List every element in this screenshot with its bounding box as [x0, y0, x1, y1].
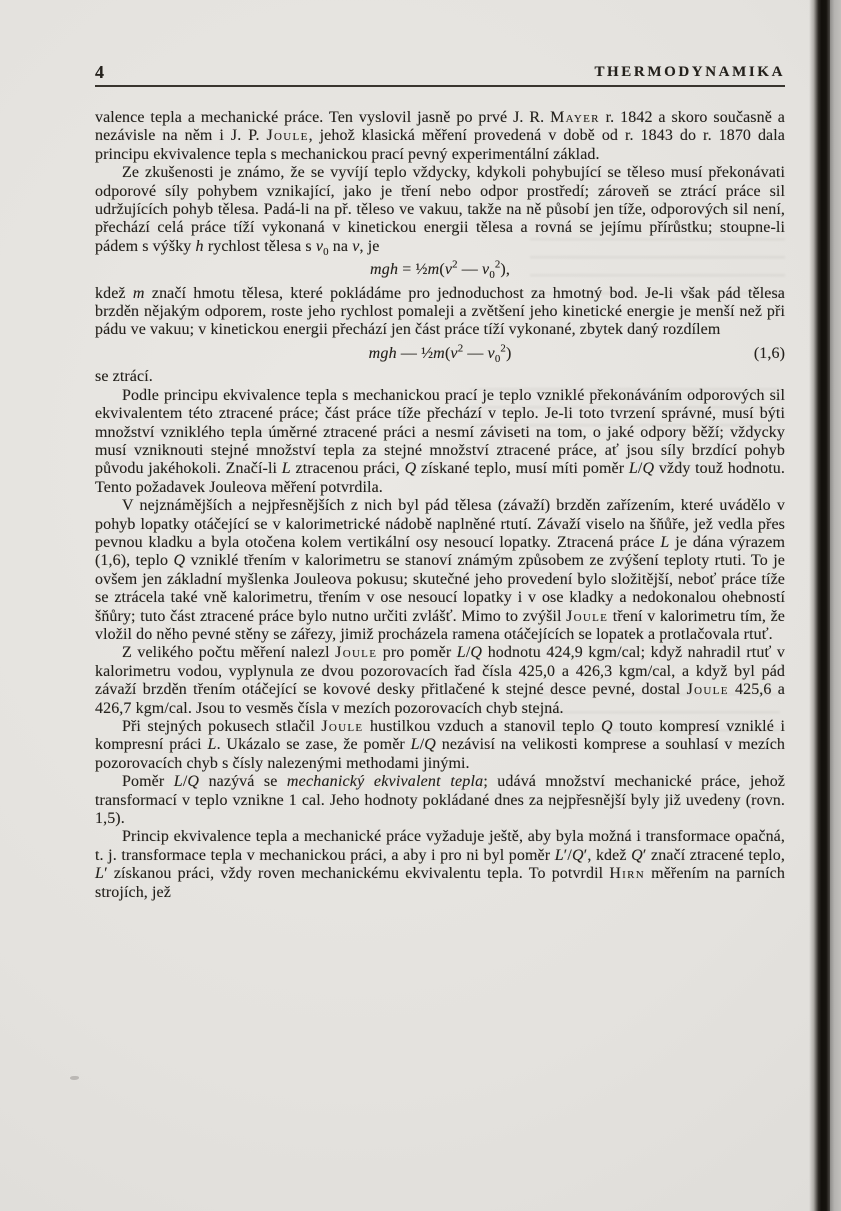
paragraph: kdež m značí hmotu tělesa, které pokládá…	[95, 285, 785, 340]
text-block: 4 THERMODYNAMIKA valence tepla a mechani…	[95, 62, 785, 902]
running-title: THERMODYNAMIKA	[594, 62, 785, 82]
paragraph: Ze zkušenosti je známo, že se vyvíjí tep…	[95, 164, 785, 256]
equation: mgh — ½m(v2 — v02)(1,6)	[95, 345, 785, 363]
equation-number: (1,6)	[754, 345, 785, 363]
equation-expression: mgh = ½m(v2 — v02),	[370, 261, 510, 278]
paragraph: valence tepla a mechanické práce. Ten vy…	[95, 109, 785, 164]
book-page-scan: 4 THERMODYNAMIKA valence tepla a mechani…	[0, 0, 841, 1211]
page-number: 4	[95, 62, 104, 82]
page-header: 4 THERMODYNAMIKA	[95, 62, 785, 82]
paragraph: Poměr L/Q nazývá se mechanický ekvivalen…	[95, 773, 785, 828]
scanner-background-strip	[830, 0, 841, 1211]
paragraph: Podle principu ekvivalence tepla s mecha…	[95, 387, 785, 497]
paragraph: Při stejných pokusech stlačil Joule hust…	[95, 718, 785, 773]
paragraph: Princip ekvivalence tepla a mechanické p…	[95, 828, 785, 902]
paragraph: V nejznámějších a nejpřesnějších z nich …	[95, 497, 785, 644]
paragraph: Z velikého počtu měření nalezl Joule pro…	[95, 644, 785, 718]
equation: mgh = ½m(v2 — v02),	[95, 261, 785, 279]
equation-expression: mgh — ½m(v2 — v02)	[369, 345, 512, 362]
book-edge-shadow	[809, 0, 830, 1211]
text-flow: valence tepla a mechanické práce. Ten vy…	[95, 109, 785, 902]
paragraph: se ztrácí.	[95, 368, 785, 386]
header-rule	[95, 85, 785, 87]
